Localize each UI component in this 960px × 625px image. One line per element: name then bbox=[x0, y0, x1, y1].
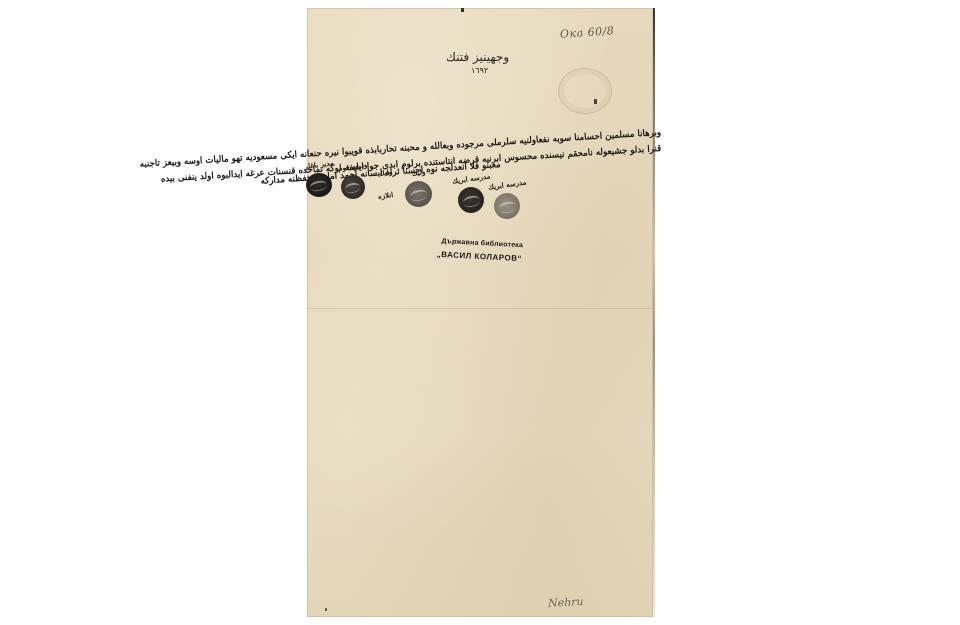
signature-block: مدرسه ابريك مدرسه ابريك وليك وليك انلازه… bbox=[300, 160, 540, 230]
seal-icon bbox=[306, 173, 332, 197]
signer-4: وليك انلازه bbox=[378, 168, 393, 200]
signer-6: مدير باغلر bbox=[304, 160, 334, 197]
document-header-number: ١٦٩٢ bbox=[471, 66, 488, 75]
ink-mark bbox=[461, 8, 464, 12]
seal-icon bbox=[341, 175, 365, 199]
signer-label: وليك bbox=[405, 166, 433, 179]
faded-seal-icon bbox=[558, 68, 612, 114]
signer-label: مدير باغلر bbox=[304, 158, 335, 171]
signer-1: مدرسه ابريك bbox=[488, 180, 526, 219]
ink-mark bbox=[325, 608, 327, 611]
seal-icon bbox=[405, 181, 432, 207]
signer-2: مدرسه ابريك bbox=[452, 174, 490, 213]
document-viewer: Ока 60/8 وجهينيز فتنك ١٦٩٢ وبرهانا مسلمي… bbox=[0, 0, 960, 625]
signer-label: مدرسه ابريك bbox=[452, 171, 491, 185]
seal-icon bbox=[458, 187, 484, 213]
signer-label: وليك bbox=[377, 167, 393, 178]
signer-3: وليك bbox=[405, 168, 432, 207]
document-header-title: وجهينيز فتنك bbox=[446, 50, 509, 64]
library-stamp: Държавна библиотека „ВАСИЛ КОЛАРОВ“ bbox=[437, 238, 524, 263]
page-edge bbox=[653, 8, 655, 617]
seal-icon bbox=[494, 193, 520, 219]
signer-5: وديعه قوم bbox=[338, 162, 367, 199]
signer-label: مدرسه ابريك bbox=[488, 177, 527, 191]
fold-line bbox=[307, 308, 653, 309]
ink-mark bbox=[594, 99, 597, 104]
signer-sublabel: انلازه bbox=[377, 190, 393, 201]
archive-signature: Nehru bbox=[548, 595, 584, 610]
signer-label: وديعه قوم bbox=[338, 160, 368, 173]
